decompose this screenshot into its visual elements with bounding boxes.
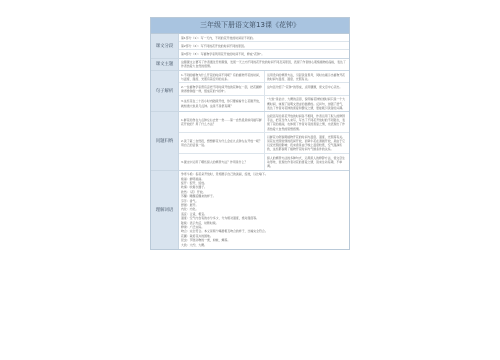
sentence-text: 1.不同的植物为什么开花的时间不同呢？有的植物开花的时间，与温度、湿度、光照有着… [179, 71, 265, 82]
lesson-table: 三年级下册语文第13课《花钟》 课文分段 第1部分（1）：写一天内，不同的花开放… [150, 17, 350, 250]
sentence-row: 3.这些花在二十四小时内陆续开放，你只要看看什么花刚开放，就知道大致是几点钟。这… [179, 96, 349, 112]
question-row: 2.读了第二自然段，想想鲜花为什么会在九点钟左右开放一呢？用自己的话说一说。 以… [179, 133, 349, 154]
section-paragraphs: 课文分段 第1部分（1）：写一天内，不同的花开放的时间是不同的。 第2部分（2）… [151, 34, 349, 59]
answer-text: 以鲜花为例说明植物开花的时间与温度、湿度、光照等有关。昙花在光照较弱的夜间开放，… [265, 133, 349, 153]
answer-text: 拟人的修辞方法的多种句式，运用拟人的修辞方法，使文章生动形象，表现出作者对花的喜… [265, 154, 349, 170]
section-sentences: 句子解析 1.不同的植物为什么开花的时间不同呢？有的植物开花的时间，与温度、湿度… [151, 71, 349, 112]
sentence-analysis: 运用设问的修辞方法，引起读者思考，同时也揭示出植物开花的时间与温度、湿度、光照有… [265, 71, 349, 82]
sentence-analysis: 这句话介绍了“花钟”的形成，点明课题，使文章中心突出。 [265, 83, 349, 94]
vocabulary-list: 争奇斗艳：指花朵开放时，竞相展示自己的美丽，绽放，以比喻下。 艳丽：鲜明美丽。 … [179, 171, 349, 249]
question-text: 1.鲜花好像在九点钟左右去赏一赏……第一自然段是如何描写鲜花开放的？用了什么方法… [179, 112, 265, 132]
paragraph-item: 第2部分（2）：写不同的花开放的时间不同的原因。 [179, 42, 349, 49]
section-vocabulary: 理解词语 争奇斗艳：指花朵开放时，竞相展示自己的美丽，绽放，以比喻下。 艳丽：鲜… [151, 171, 349, 249]
question-row: 3.课文中运用了哪些拟人的修辞方法？作用是什么？ 拟人的修辞方法的多种句式，运用… [179, 154, 349, 170]
page-title: 三年级下册语文第13课《花钟》 [151, 18, 349, 34]
question-text: 3.课文中运用了哪些拟人的修辞方法？作用是什么？ [179, 154, 265, 170]
section-label: 课文分段 [151, 34, 179, 58]
sentence-text: 3.这些花在二十四小时内陆续开放，你只要看看什么花刚开放，就知道大致是几点钟。这… [179, 96, 265, 112]
paragraph-item: 第1部分（1）：写一天内，不同的花开放的时间是不同的。 [179, 34, 349, 41]
sentence-row: 2.一位植物学家曾有意把不同时间开放的花种在一起，把花圃修建得像钟面一样，组成花… [179, 83, 349, 95]
vocab-item: 大致：大约，大概。 [181, 243, 347, 247]
question-row: 1.鲜花好像在九点钟左右去赏一赏……第一自然段是如何描写鲜花开放的？用了什么方法… [179, 112, 349, 133]
theme-text: 这篇课文主要写了作者通过仔细观察，发现一天之内不同的花开放的时间不同及其原因，表… [179, 59, 349, 70]
section-label: 句子解析 [151, 71, 179, 111]
sentence-analysis: “大致”是估计、大概的意思，说明看花钟知道时间只是一个大概时间，体现了说明文语言… [265, 96, 349, 112]
section-theme: 课文主题 这篇课文主要写了作者通过仔细观察，发现一天之内不同的花开放的时间不同及… [151, 59, 349, 71]
sentence-row: 1.不同的植物为什么开花的时间不同呢？有的植物开花的时间，与温度、湿度、光照有着… [179, 71, 349, 83]
section-label: 问题归纳 [151, 112, 179, 169]
answer-text: 这段话写的是花开放的时间各不相同，作者运用了拟人的修辞手法，把花当作人来写，写出… [265, 112, 349, 132]
section-questions: 问题归纳 1.鲜花好像在九点钟左右去赏一赏……第一自然段是如何描写鲜花开放的？用… [151, 112, 349, 170]
section-label: 理解词语 [151, 171, 179, 249]
sentence-text: 2.一位植物学家曾有意把不同时间开放的花种在一起，把花圃修建得像钟面一样，组成花… [179, 83, 265, 94]
question-text: 2.读了第二自然段，想想鲜花为什么会在九点钟左右开放一呢？用自己的话说一说。 [179, 133, 265, 153]
paragraph-item: 第3部分（3）：写植物学家利用花开放的时间不同，修成“花钟”。 [179, 50, 349, 57]
section-label: 课文主题 [151, 59, 179, 70]
